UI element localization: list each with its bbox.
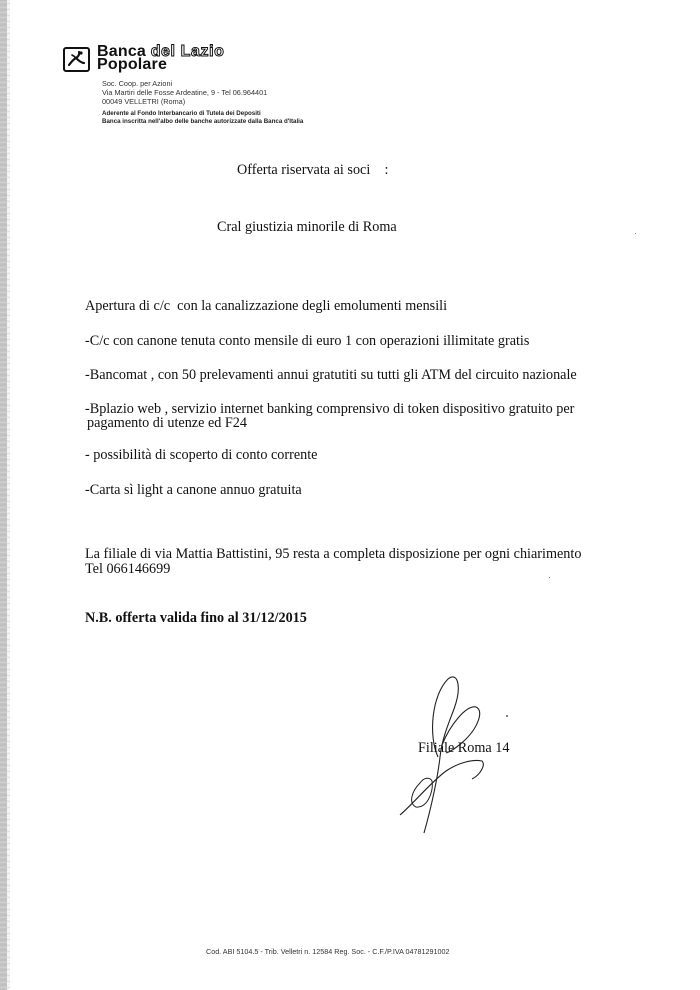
offer-item: -Carta sì light a canone annuo gratuita: [85, 482, 302, 498]
branch-phone: Tel 066146699: [85, 561, 170, 577]
bank-city: 00049 VELLETRI (Roma): [102, 97, 185, 106]
offer-item: - possibilità di scoperto di conto corre…: [85, 447, 317, 463]
offer-title: Offerta riservata ai soci :: [237, 162, 388, 178]
signature-label: Filiale Roma 14: [418, 740, 509, 756]
scan-edge-artifact-inner: [7, 0, 10, 990]
bank-name-line2: Popolare: [97, 58, 167, 72]
bank-logo-icon: [63, 47, 90, 72]
footer-registration: Cod. ABI 5104.5 - Trib. Velletri n. 1258…: [206, 947, 449, 956]
legal-note-2: Banca inscritta nell'albo delle banche a…: [102, 118, 303, 126]
validity-note: N.B. offerta valida fino al 31/12/2015: [85, 610, 307, 626]
scan-edge-artifact: [0, 0, 7, 990]
offer-item: -Bancomat , con 50 prelevamenti annui gr…: [85, 367, 577, 383]
branch-info: La filiale di via Mattia Battistini, 95 …: [85, 546, 581, 562]
scan-speck: [506, 715, 508, 717]
legal-note-1: Aderente al Fondo Interbancario di Tutel…: [102, 110, 261, 118]
offer-item-continuation: pagamento di utenze ed F24: [87, 415, 247, 431]
recipient: Cral giustizia minorile di Roma: [217, 219, 397, 235]
offer-item: -C/c con canone tenuta conto mensile di …: [85, 333, 529, 349]
scan-speck: [549, 577, 550, 578]
company-type: Soc. Coop. per Azioni: [102, 79, 172, 88]
bank-address: Via Martiri delle Fosse Ardeatine, 9 - T…: [102, 88, 267, 97]
offer-item: Apertura di c/c con la canalizzazione de…: [85, 298, 447, 314]
scan-speck: [635, 233, 636, 234]
